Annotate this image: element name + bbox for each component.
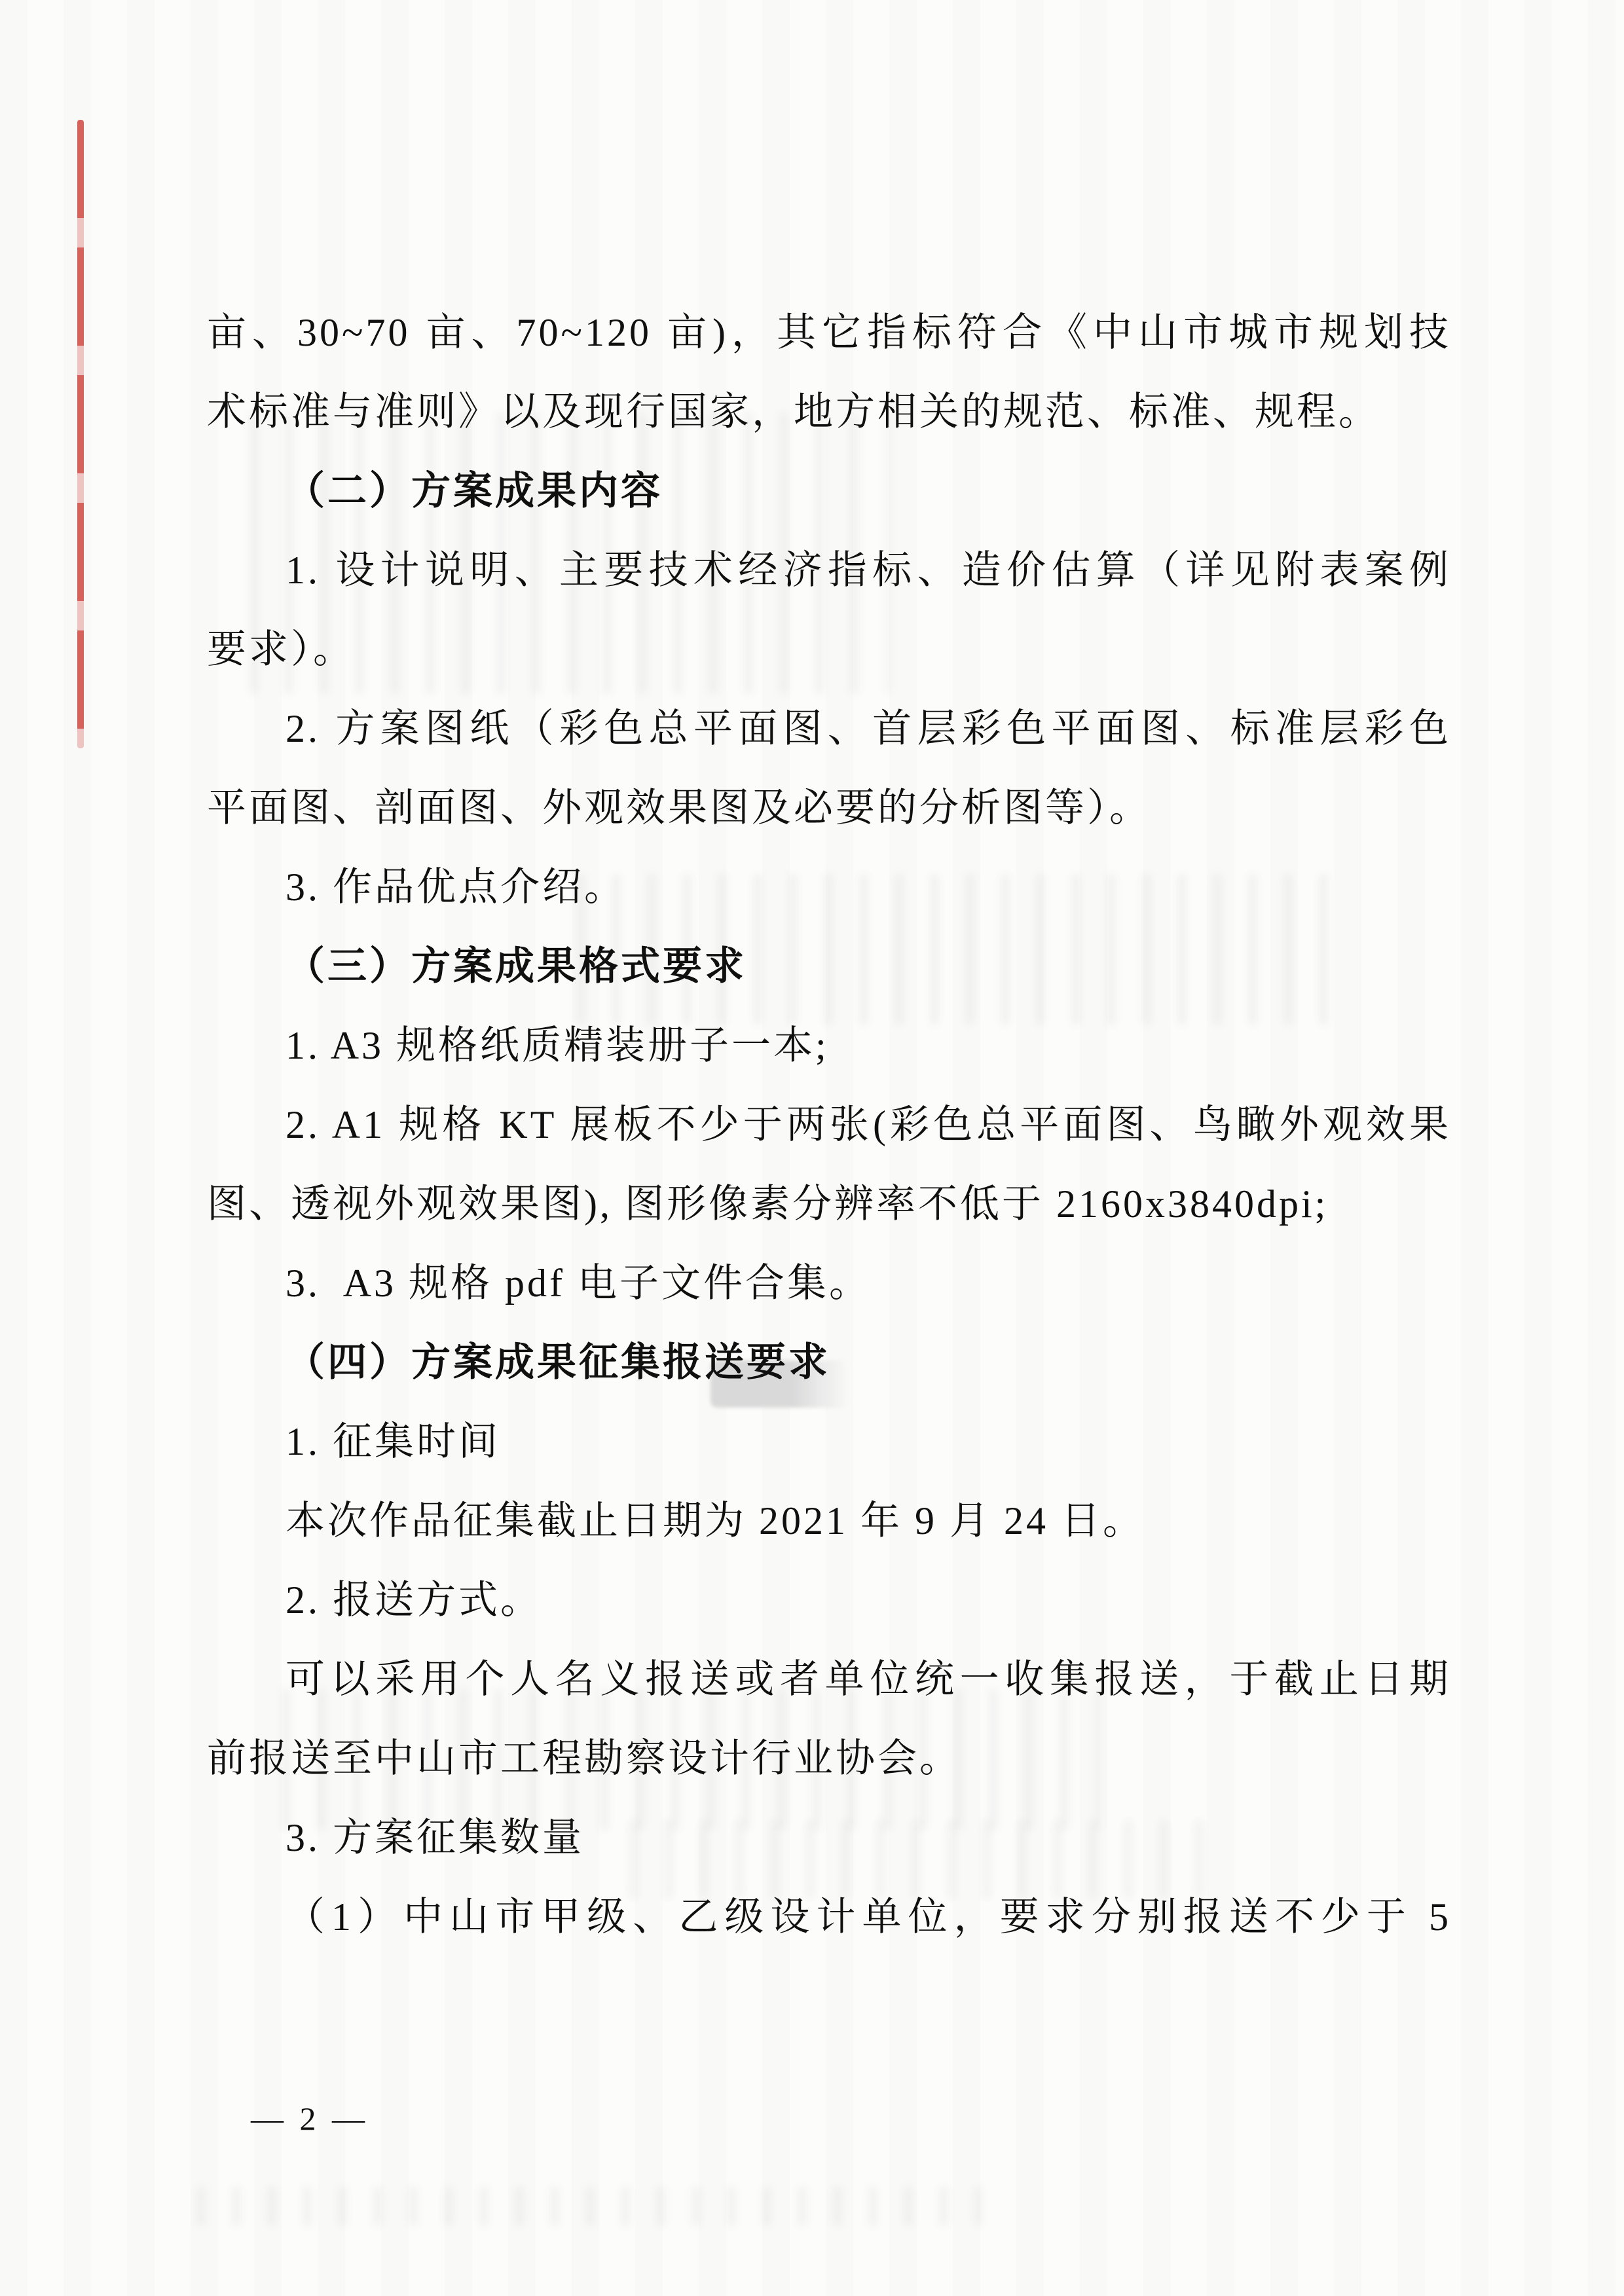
document-line: 图、透视外观效果图), 图形像素分辨率不低于 2160x3840dpi; xyxy=(207,1165,1451,1244)
document-line: 要求）。 xyxy=(207,610,1451,689)
document-line: （1）中山市甲级、乙级设计单位，要求分别报送不少于 5 xyxy=(207,1878,1451,1957)
document-line: 2. A1 规格 KT 展板不少于两张(彩色总平面图、鸟瞰外观效果 xyxy=(207,1085,1451,1165)
document-page: 亩、30~70 亩、70~120 亩)，其它指标符合《中山市城市规划技术标准与准… xyxy=(0,0,1624,2296)
page-number: — 2 — xyxy=(251,2099,369,2138)
document-line: 1. 设计说明、主要技术经济指标、造价估算（详见附表案例 xyxy=(207,531,1451,610)
document-line: 平面图、剖面图、外观效果图及必要的分析图等）。 xyxy=(207,769,1451,848)
document-line: 1. A3 规格纸质精装册子一本; xyxy=(207,1006,1451,1085)
document-line: 1. 征集时间 xyxy=(207,1402,1451,1482)
document-line: 亩、30~70 亩、70~120 亩)，其它指标符合《中山市城市规划技 xyxy=(207,293,1451,373)
document-line: 前报送至中山市工程勘察设计行业协会。 xyxy=(207,1719,1451,1798)
scan-ghost-bleedthrough xyxy=(196,2187,982,2226)
document-line: 可以采用个人名义报送或者单位统一收集报送，于截止日期 xyxy=(207,1640,1451,1719)
scan-artifact-red-line xyxy=(77,120,84,748)
document-line: （二）方案成果内容 xyxy=(207,452,1451,531)
document-line: 3. 作品优点介绍。 xyxy=(207,848,1451,927)
document-line: 2. 报送方式。 xyxy=(207,1561,1451,1640)
document-line: （四）方案成果征集报送要求 xyxy=(207,1323,1451,1402)
document-line: 本次作品征集截止日期为 2021 年 9 月 24 日。 xyxy=(207,1482,1451,1561)
document-line: 3. A3 规格 pdf 电子文件合集。 xyxy=(207,1244,1451,1323)
document-line: （三）方案成果格式要求 xyxy=(207,927,1451,1006)
document-line: 3. 方案征集数量 xyxy=(207,1798,1451,1878)
document-line: 2. 方案图纸（彩色总平面图、首层彩色平面图、标准层彩色 xyxy=(207,689,1451,769)
document-body: 亩、30~70 亩、70~120 亩)，其它指标符合《中山市城市规划技术标准与准… xyxy=(207,293,1451,1957)
document-line: 术标准与准则》以及现行国家，地方相关的规范、标准、规程。 xyxy=(207,373,1451,452)
